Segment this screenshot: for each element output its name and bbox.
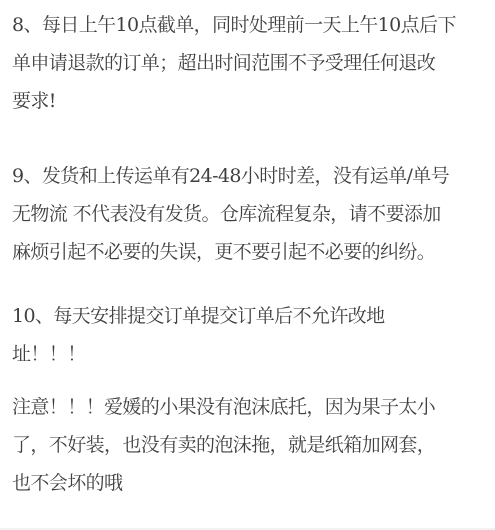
paragraph-rule-9: 9、发货和上传运单有24-48小时时差，没有运单/单号 无物流 不代表没有发货。… (12, 157, 490, 271)
paragraph-rule-8: 8、每日上午10点截单，同时处理前一天上午10点后下 单申请退款的订单；超出时间… (12, 6, 490, 120)
text-line: 要求! (12, 82, 490, 120)
document-body: 8、每日上午10点截单，同时处理前一天上午10点后下 单申请退款的订单；超出时间… (12, 6, 490, 502)
text-line: 无物流 不代表没有发货。仓库流程复杂，请不要添加 (12, 195, 490, 233)
text-line: 也不会坏的哦 (12, 464, 490, 502)
text-line: 单申请退款的订单；超出时间范围不予受理任何退改 (12, 44, 490, 82)
paragraph-rule-10: 10、每天安排提交订单提交订单后不允许改地 址！！！ (12, 297, 490, 373)
text-line: 10、每天安排提交订单提交订单后不允许改地 (12, 297, 490, 335)
text-line: 址！！！ (12, 335, 490, 373)
paragraph-spacer (12, 373, 490, 388)
text-line: 8、每日上午10点截单，同时处理前一天上午10点后下 (12, 6, 490, 44)
text-line: 麻烦引起不必要的失误，更不要引起不必要的纠纷。 (12, 233, 490, 271)
text-line: 注意！！！爱媛的小果没有泡沫底托，因为果子太小 (12, 388, 490, 426)
paragraph-spacer (12, 271, 490, 297)
paragraph-notice: 注意！！！爱媛的小果没有泡沫底托，因为果子太小 了，不好装，也没有卖的泡沫拖，就… (12, 388, 490, 502)
text-line: 9、发货和上传运单有24-48小时时差，没有运单/单号 (12, 157, 490, 195)
paragraph-spacer (12, 120, 490, 157)
text-line: 了，不好装，也没有卖的泡沫拖，就是纸箱加网套， (12, 426, 490, 464)
